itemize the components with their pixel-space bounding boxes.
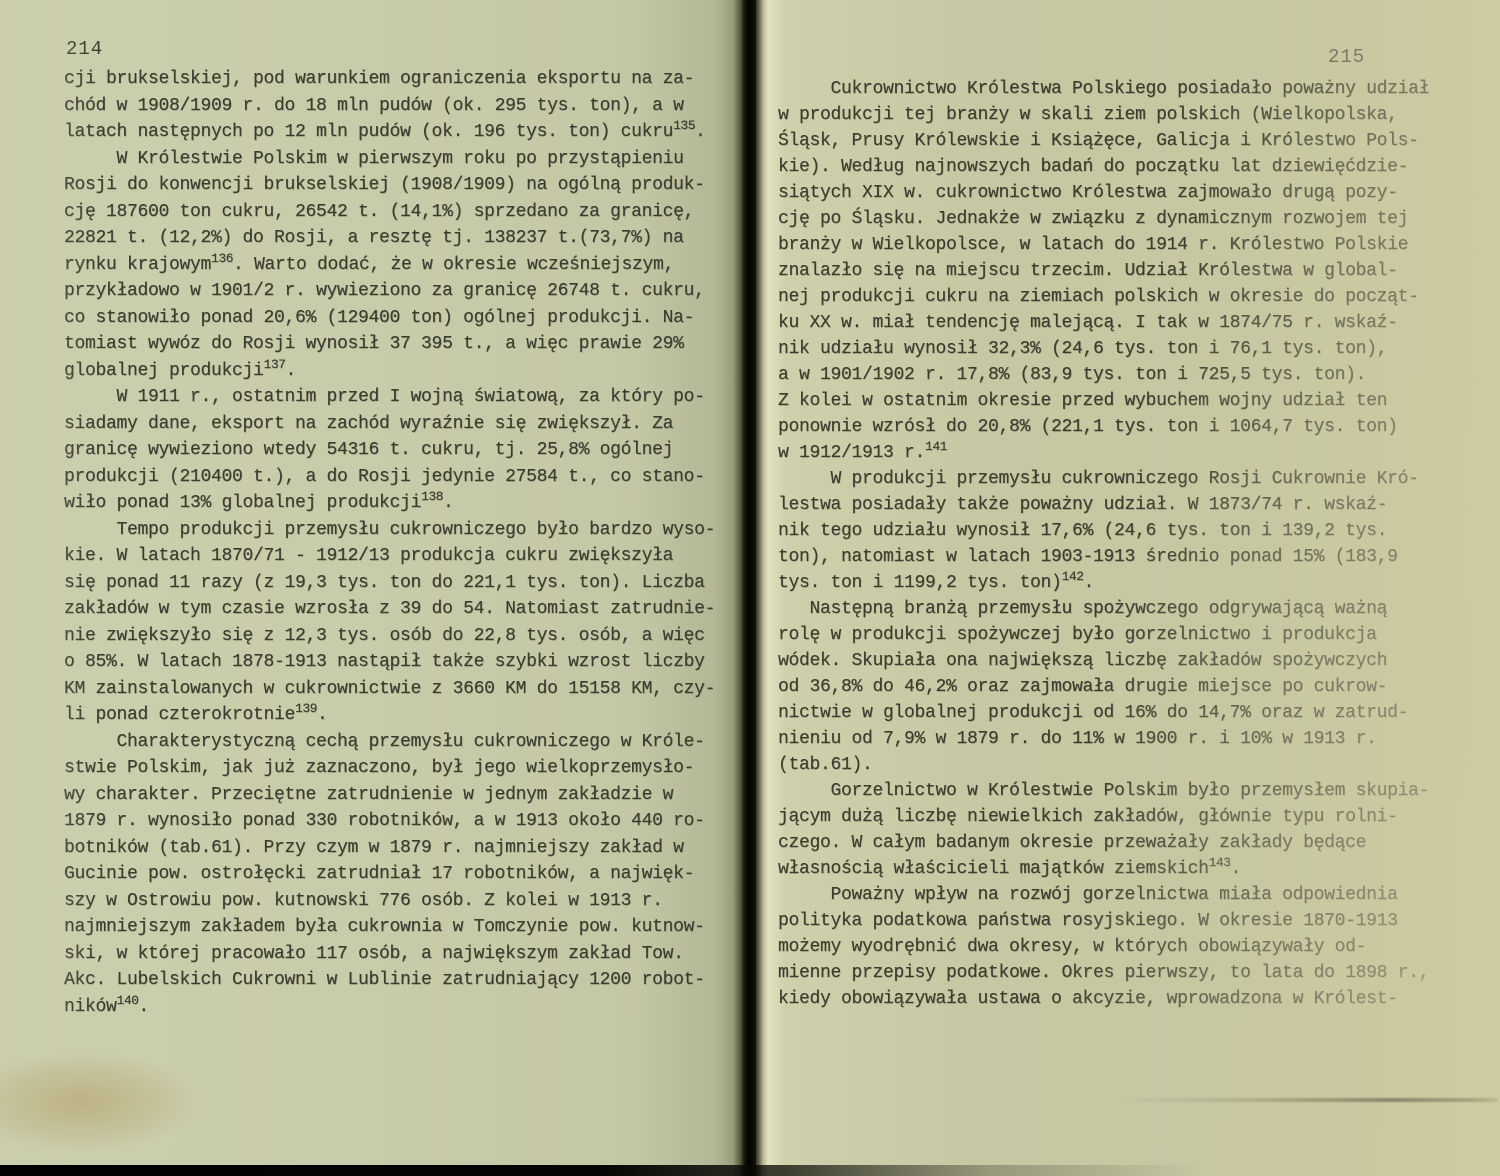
text-segment: .	[285, 361, 296, 381]
right-page-text: Cukrownictwo Królestwa Polskiego posiada…	[778, 76, 1429, 1012]
page-number-right: 215	[1328, 46, 1365, 68]
page-number-left: 214	[66, 38, 103, 60]
footnote-ref: 141	[925, 439, 947, 454]
text-line: cję 187600 ton cukru, 26542 t. (14,1%) s…	[64, 199, 715, 226]
text-segment: własnością właścicieli majątków ziemskic…	[778, 859, 1209, 879]
footnote-ref: 140	[117, 993, 139, 1008]
text-line: ników140.	[64, 994, 715, 1021]
text-line: wy charakter. Przeciętne zatrudnienie w …	[64, 782, 715, 809]
text-line: nieniu od 7,9% w 1879 r. do 11% w 1900 r…	[778, 726, 1429, 752]
text-line: o 85%. W latach 1878-1913 nastąpił także…	[64, 649, 715, 676]
text-line: Charakterystyczną cechą przemysłu cukrow…	[64, 729, 715, 756]
text-line: W Królestwie Polskim w pierwszym roku po…	[64, 146, 715, 173]
text-line: wiło ponad 13% globalnej produkcji138.	[64, 490, 715, 517]
text-line: czego. W całym badanym okresie przeważał…	[778, 830, 1429, 856]
text-line: Tempo produkcji przemysłu cukrowniczego …	[64, 517, 715, 544]
text-line: ponownie wzrósł do 20,8% (221,1 tys. ton…	[778, 414, 1429, 440]
footnote-ref: 135	[673, 118, 695, 133]
text-segment: .	[1083, 573, 1094, 593]
text-line: kie). Według najnowszych badań do począt…	[778, 154, 1429, 180]
text-line: branży w Wielkopolsce, w latach do 1914 …	[778, 232, 1429, 258]
paper-smudge-line	[1120, 1098, 1498, 1102]
text-line: tomiast wywóz do Rosji wynosił 37 395 t.…	[64, 331, 715, 358]
text-line: Z kolei w ostatnim okresie przed wybuche…	[778, 388, 1429, 414]
text-segment: wiło ponad 13% globalnej produkcji	[64, 493, 421, 513]
left-page-text: cji brukselskiej, pod warunkiem ogranicz…	[64, 66, 715, 1020]
text-segment: globalnej produkcji	[64, 361, 264, 381]
text-line: od 36,8% do 46,2% oraz zajmowała drugie …	[778, 674, 1429, 700]
text-line: Rosji do konwencji brukselskiej (1908/19…	[64, 172, 715, 199]
text-line: li ponad czterokrotnie139.	[64, 702, 715, 729]
text-line: 22821 t. (12,2%) do Rosji, a resztę tj. …	[64, 225, 715, 252]
text-line: ku XX w. miał tendencję malejącą. I tak …	[778, 310, 1429, 336]
text-line: mienne przepisy podatkowe. Okres pierwsz…	[778, 960, 1429, 986]
text-line: tys. ton i 1199,2 tys. ton)142.	[778, 570, 1429, 596]
text-line: Śląsk, Prusy Królewskie i Książęce, Gali…	[778, 128, 1429, 154]
text-line: polityka podatkowa państwa rosyjskiego. …	[778, 908, 1429, 934]
text-line: a w 1901/1902 r. 17,8% (83,9 tys. ton i …	[778, 362, 1429, 388]
paper-stain	[0, 1052, 200, 1152]
text-segment: . Warto dodać, że w okresie wcześniejszy…	[233, 255, 674, 275]
footnote-ref: 138	[421, 489, 443, 504]
text-line: nie zwiększyło się z 12,3 tys. osób do 2…	[64, 623, 715, 650]
right-page: 215 Cukrownictwo Królestwa Polskiego pos…	[756, 0, 1500, 1176]
text-line: Gorzelnictwo w Królestwie Polskim było p…	[778, 778, 1429, 804]
text-line: produkcji (210400 t.), a do Rosji jedyni…	[64, 464, 715, 491]
text-segment: tys. ton i 1199,2 tys. ton)	[778, 573, 1062, 593]
text-line: kiedy obowiązywała ustawa o akcyzie, wpr…	[778, 986, 1429, 1012]
text-line: W produkcji przemysłu cukrowniczego Rosj…	[778, 466, 1429, 492]
text-line: się ponad 11 razy (z 19,3 tys. ton do 22…	[64, 570, 715, 597]
text-line: nictwie w globalnej produkcji od 16% do …	[778, 700, 1429, 726]
text-line: nik tego udziału wynosił 17,6% (24,6 tys…	[778, 518, 1429, 544]
scan-bottom-edge	[0, 1165, 1500, 1176]
text-line: co stanowiło ponad 20,6% (129400 ton) og…	[64, 305, 715, 332]
text-line: 1879 r. wynosiło ponad 330 robotników, a…	[64, 808, 715, 835]
text-line: nik udziału wynosił 32,3% (24,6 tys. ton…	[778, 336, 1429, 362]
left-page: 214 cji brukselskiej, pod warunkiem ogra…	[0, 0, 745, 1176]
footnote-ref: 137	[264, 357, 286, 372]
text-line: w produkcji tej branży w skali ziem pols…	[778, 102, 1429, 128]
text-line: jącym dużą liczbę niewielkich zakładów, …	[778, 804, 1429, 830]
text-line: Cukrownictwo Królestwa Polskiego posiada…	[778, 76, 1429, 102]
text-line: nej produkcji cukru na ziemiach polskich…	[778, 284, 1429, 310]
text-segment: li ponad czterokrotnie	[64, 705, 295, 725]
text-line: Następną branżą przemysłu spożywczego od…	[778, 596, 1429, 622]
text-segment: ników	[64, 997, 117, 1017]
footnote-ref: 142	[1062, 569, 1084, 584]
text-line: zakładów w tym czasie wzrosła z 39 do 54…	[64, 596, 715, 623]
text-line: ton), natomiast w latach 1903-1913 średn…	[778, 544, 1429, 570]
text-line: własnością właścicieli majątków ziemskic…	[778, 856, 1429, 882]
book-spread: 214 cji brukselskiej, pod warunkiem ogra…	[0, 0, 1500, 1176]
text-line: latach następnych po 12 mln pudów (ok. 1…	[64, 119, 715, 146]
text-line: wódek. Skupiała ona największą liczbę za…	[778, 648, 1429, 674]
text-line: najmniejszym zakładem była cukrownia w T…	[64, 914, 715, 941]
text-segment: .	[317, 705, 328, 725]
text-line: Gucinie pow. ostrołęcki zatrudniał 17 ro…	[64, 861, 715, 888]
text-line: lestwa posiadały także poważny udział. W…	[778, 492, 1429, 518]
text-line: botników (tab.61). Przy czym w 1879 r. n…	[64, 835, 715, 862]
book-gutter-shadow	[733, 0, 763, 1176]
text-segment: .	[443, 493, 454, 513]
text-line: cję po Śląsku. Jednakże w związku z dyna…	[778, 206, 1429, 232]
footnote-ref: 143	[1209, 855, 1231, 870]
footnote-ref: 136	[211, 251, 233, 266]
text-line: W 1911 r., ostatnim przed I wojną świato…	[64, 384, 715, 411]
text-line: stwie Polskim, jak już zaznaczono, był j…	[64, 755, 715, 782]
text-line: KM zainstalowanych w cukrownictwie z 366…	[64, 676, 715, 703]
text-line: siątych XIX w. cukrownictwo Królestwa za…	[778, 180, 1429, 206]
text-line: (tab.61).	[778, 752, 1429, 778]
text-line: Poważny wpływ na rozwój gorzelnictwa mia…	[778, 882, 1429, 908]
text-segment: rynku krajowym	[64, 255, 211, 275]
text-line: przykładowo w 1901/2 r. wywieziono za gr…	[64, 278, 715, 305]
text-line: kie. W latach 1870/71 - 1912/13 produkcj…	[64, 543, 715, 570]
text-segment: .	[1230, 859, 1241, 879]
text-line: znalazło się na miejscu trzecim. Udział …	[778, 258, 1429, 284]
text-segment: .	[138, 997, 149, 1017]
text-line: ski, w której pracowało 117 osób, a najw…	[64, 941, 715, 968]
text-line: cji brukselskiej, pod warunkiem ogranicz…	[64, 66, 715, 93]
text-line: rolę w produkcji spożywczej było gorzeln…	[778, 622, 1429, 648]
footnote-ref: 139	[295, 701, 317, 716]
text-line: szy w Ostrowiu pow. kutnowski 776 osób. …	[64, 888, 715, 915]
text-line: chód w 1908/1909 r. do 18 mln pudów (ok.…	[64, 93, 715, 120]
text-line: w 1912/1913 r.141	[778, 440, 1429, 466]
text-line: rynku krajowym136. Warto dodać, że w okr…	[64, 252, 715, 279]
text-line: globalnej produkcji137.	[64, 358, 715, 385]
text-segment: w 1912/1913 r.	[778, 443, 925, 463]
text-segment: .	[695, 122, 706, 142]
text-line: siadamy dane, eksport na zachód wyraźnie…	[64, 411, 715, 438]
text-line: możemy wyodrębnić dwa okresy, w których …	[778, 934, 1429, 960]
text-segment: latach następnych po 12 mln pudów (ok. 1…	[64, 122, 673, 142]
text-line: Akc. Lubelskich Cukrowni w Lublinie zatr…	[64, 967, 715, 994]
text-line: granicę wywieziono wtedy 54316 t. cukru,…	[64, 437, 715, 464]
